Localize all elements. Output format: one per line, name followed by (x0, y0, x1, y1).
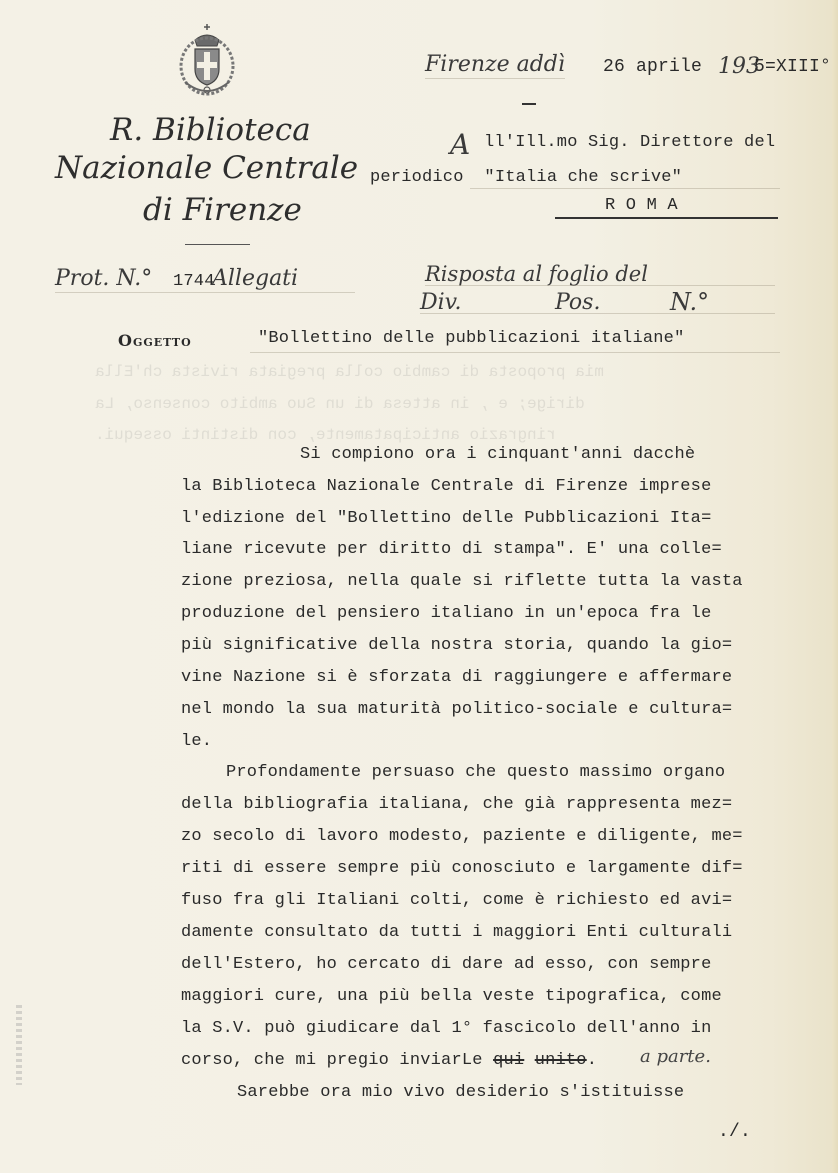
n-label: N.° (670, 288, 709, 316)
bleed-through-line: dirige; e , in attesa di un Suo ambito c… (95, 395, 585, 413)
struck-word: qui (493, 1051, 524, 1070)
prot-rule (55, 292, 355, 293)
pos-label: Pos. (555, 290, 600, 315)
divider (185, 244, 250, 245)
recipient-line-1: ll'Ill.mo Sig. Direttore del (484, 133, 775, 152)
body-line: Si compiono ora i cinquant'anni dacchè (300, 445, 695, 464)
body-line: fuso fra gli Italiani colti, come è rich… (181, 891, 732, 910)
body-line: la Biblioteca Nazionale Centrale di Fire… (181, 477, 712, 496)
body-line: le. (181, 732, 212, 751)
period: . (587, 1051, 597, 1070)
city-underline (555, 217, 778, 219)
body-line: Profondamente persuaso che questo massim… (226, 763, 725, 782)
institution-line: di Firenze (143, 192, 302, 228)
prot-number: 1744 (173, 272, 215, 291)
body-line-last: corso, che mi pregio inviarLe qui unito. (181, 1051, 597, 1070)
body-line: della bibliografia italiana, che già rap… (181, 795, 732, 814)
subject-rule (250, 352, 780, 353)
struck-word: unito (535, 1051, 587, 1070)
recipient-rule (470, 188, 780, 189)
closing-line: Sarebbe ora mio vivo desiderio s'istitui… (237, 1083, 684, 1102)
side-perforation (16, 1005, 22, 1085)
body-line: vine Nazione si è sforzata di raggiunger… (181, 668, 732, 687)
letter-page: mia proposta di cambio colla pregiata ri… (0, 0, 838, 1173)
body-line: damente consultato da tutti i maggiori E… (181, 923, 732, 942)
date-text: 26 aprile (603, 57, 702, 77)
subject-text: "Bollettino delle pubblicazioni italiane… (258, 329, 684, 348)
institution-line: Nazionale Centrale (55, 150, 358, 186)
risposta-rule (425, 285, 775, 286)
body-line: riti di essere sempre più conosciuto e l… (181, 859, 743, 878)
body-line: nel mondo la sua maturità politico-socia… (181, 700, 732, 719)
div-rule (420, 313, 775, 314)
year-suffix: 5=XIII° (754, 57, 831, 77)
body-line: liane ricevute per diritto di stampa". E… (181, 540, 722, 559)
allegati-label: Allegati (212, 266, 298, 291)
body-line: la S.V. può giudicare dal 1° fascicolo d… (181, 1019, 712, 1038)
continuation-mark: ./. (718, 1122, 751, 1142)
body-line: dell'Estero, ho cercato di dare ad esso,… (181, 955, 712, 974)
body-line: produzione del pensiero italiano in un'e… (181, 604, 712, 623)
body-line: più significative della nostra storia, q… (181, 636, 732, 655)
body-line: zione preziosa, nella quale si riflette … (181, 572, 743, 591)
bleed-through-line: ringrazio anticipatamente, con distinti … (95, 426, 556, 444)
place-label: Firenze addì (425, 52, 565, 77)
body-text: corso, che mi pregio inviarLe (181, 1051, 493, 1070)
body-line: maggiori cure, una più bella veste tipog… (181, 987, 722, 1006)
paper-edge (832, 0, 838, 1173)
handwritten-insert: a parte. (640, 1046, 711, 1067)
recipient-line-2: periodico "Italia che scrive" (370, 168, 682, 187)
body-line: zo secolo di lavoro modesto, paziente e … (181, 827, 743, 846)
div-label: Div. (420, 290, 462, 315)
subject-label: Oggetto (118, 331, 192, 350)
savoy-crest-icon (175, 22, 239, 100)
dash-mark (522, 103, 536, 105)
institution-line: R. Biblioteca (110, 112, 311, 148)
recipient-initial: A (450, 128, 470, 161)
body-line: l'edizione del "Bollettino delle Pubblic… (181, 509, 712, 528)
risposta-label: Risposta al foglio del (425, 262, 648, 286)
bleed-through-line: mia proposta di cambio colla pregiata ri… (95, 363, 604, 381)
recipient-city: R O M A (605, 196, 678, 215)
dateline-rule (425, 78, 565, 79)
prot-label: Prot. N.° (55, 266, 152, 291)
